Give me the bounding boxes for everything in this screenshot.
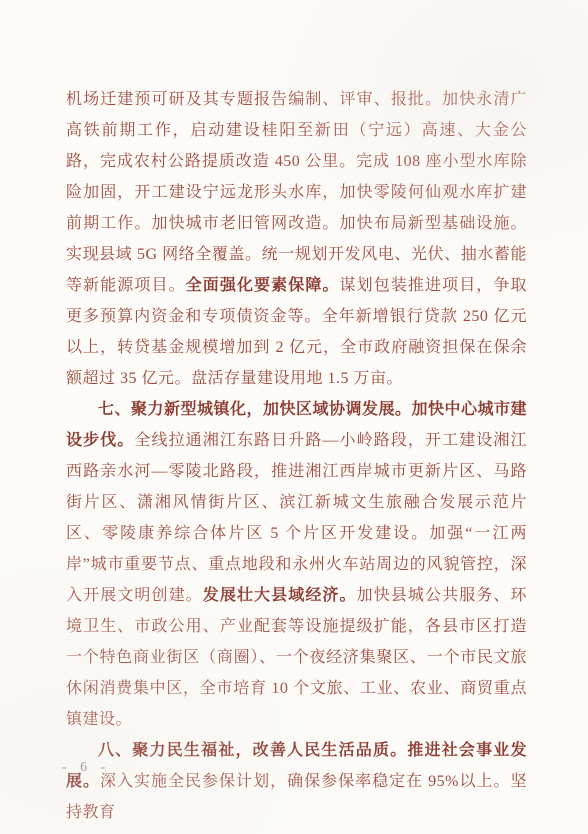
text-run: 加快县城公共服务、环境卫生、市政公用、产业配套等设施提级扩能，各县市区打造一个特…: [66, 587, 527, 728]
paragraph-section-seven: 七、聚力新型城镇化，加快区域协调发展。加快中心城市建设步伐。全线拉通湘江东路日升…: [66, 394, 527, 735]
document-page: 机场迁建预可研及其专题报告编制、评审、报批。加快永清广高铁前期工作，启动建设桂阳…: [0, 0, 588, 834]
text-run-bold-subheading: 发展壮大县域经济。: [203, 587, 357, 604]
text-run: 全线拉通湘江东路日升路—小岭路段，开工建设湘江西路亲水河—零陵北路段，推进湘江西…: [66, 432, 527, 604]
paragraph-infrastructure: 机场迁建预可研及其专题报告编制、评审、报批。加快永清广高铁前期工作，启动建设桂阳…: [66, 84, 527, 394]
text-run: 深入实施全民参保计划，确保参保率稳定在 95%以上。坚持教育: [66, 773, 527, 821]
text-run: 机场迁建预可研及其专题报告编制、评审、报批。加快永清广高铁前期工作，启动建设桂阳…: [66, 91, 527, 294]
document-text-block: 机场迁建预可研及其专题报告编制、评审、报批。加快永清广高铁前期工作，启动建设桂阳…: [66, 84, 527, 828]
text-run-bold-subheading: 全面强化要素保障。: [186, 277, 340, 294]
page-number: - 6 -: [62, 760, 110, 776]
paragraph-section-eight: 八、聚力民生福祉，改善人民生活品质。推进社会事业发展。深入实施全民参保计划，确保…: [66, 735, 527, 828]
